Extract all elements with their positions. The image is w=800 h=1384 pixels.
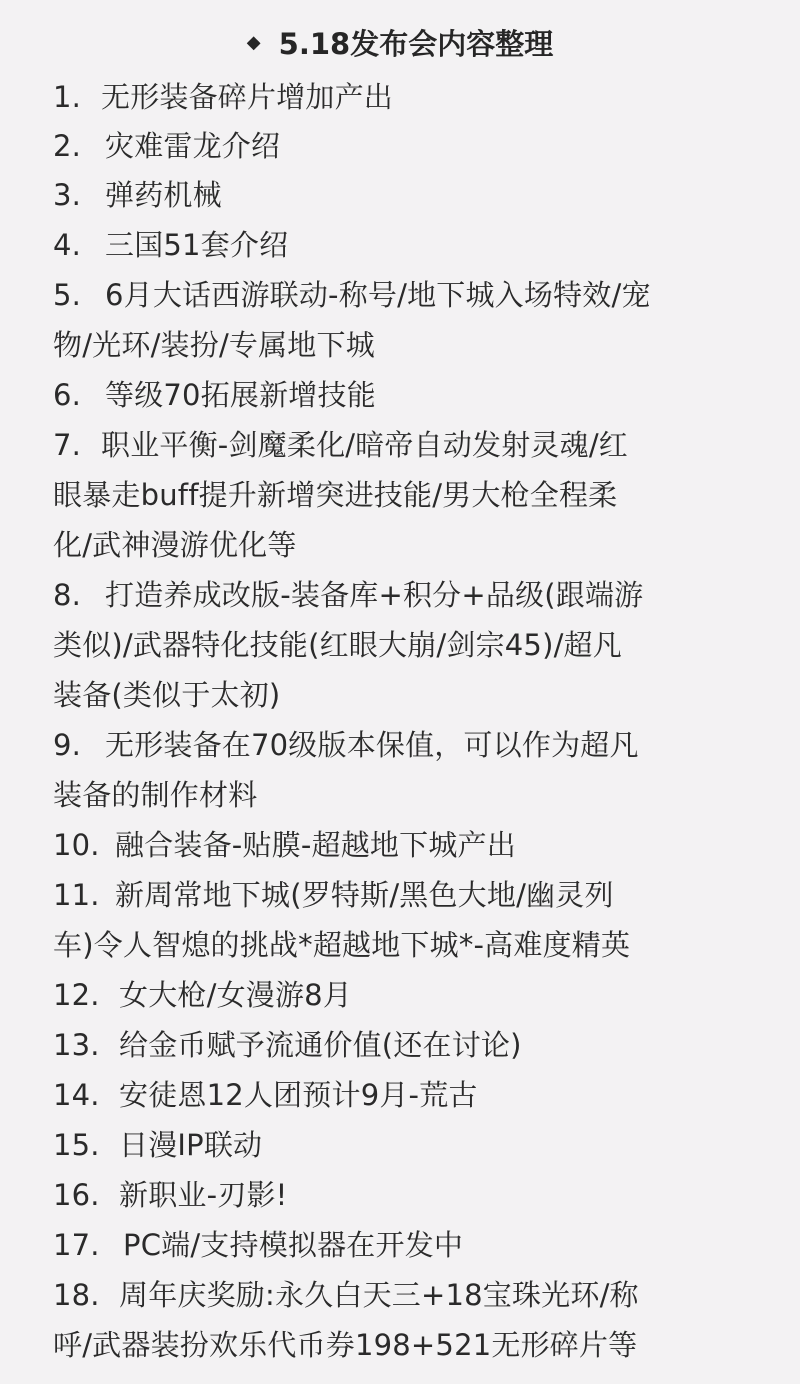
list-item: 4.三国51套介绍 (53, 220, 288, 270)
list-item-continuation: 呼/武器装扮欢乐代币券198+521无形碎片等 (53, 1320, 637, 1370)
item-text: 装备的制作材料 (53, 778, 257, 812)
list-item-continuation: 眼暴走buff提升新增突进技能/男大枪全程柔 (53, 470, 617, 520)
list-item: 3.弹药机械 (53, 170, 222, 220)
page-title: ◆5.18发布会内容整理 (0, 22, 800, 68)
item-text: 职业平衡-剑魔柔化/暗帝自动发射灵魂/红 (101, 428, 628, 462)
list-item: 9.无形装备在70级版本保值，可以作为超凡 (53, 720, 639, 770)
item-text: 弹药机械 (105, 178, 222, 212)
list-item: 6.等级70拓展新增技能 (53, 370, 376, 420)
list-item: 16.新职业-刃影! (53, 1170, 288, 1220)
list-item: 15.日漫IP联动 (53, 1120, 262, 1170)
item-number: 12. (53, 970, 119, 1020)
list-item: 18.周年庆奖励:永久白天三+18宝珠光环/称 (53, 1270, 639, 1320)
item-number: 11. (53, 870, 115, 920)
item-text: 新周常地下城(罗特斯/黑色大地/幽灵列 (115, 878, 614, 912)
item-text: 周年庆奖励:永久白天三+18宝珠光环/称 (119, 1278, 639, 1312)
list-item: 12.女大枪/女漫游8月 (53, 970, 352, 1020)
item-text: 无形装备在70级版本保值，可以作为超凡 (105, 728, 639, 762)
item-text: 等级70拓展新增技能 (105, 378, 376, 412)
item-number: 8. (53, 570, 105, 620)
item-text: 无形装备碎片增加产出 (101, 80, 393, 114)
item-text: 呼/武器装扮欢乐代币券198+521无形碎片等 (53, 1328, 637, 1362)
item-number: 15. (53, 1120, 119, 1170)
list-item: 11.新周常地下城(罗特斯/黑色大地/幽灵列 (53, 870, 614, 920)
item-number: 14. (53, 1070, 119, 1120)
list-item: 5.6月大话西游联动-称号/地下城入场特效/宠 (53, 270, 651, 320)
item-number: 2. (53, 121, 105, 171)
item-text: 日漫IP联动 (119, 1128, 262, 1162)
item-text: 给金币赋予流通价值(还在讨论) (119, 1028, 522, 1062)
item-text: 装备(类似于太初) (53, 678, 280, 712)
item-text: 灾难雷龙介绍 (105, 129, 280, 163)
item-text: 6月大话西游联动-称号/地下城入场特效/宠 (105, 278, 651, 312)
item-number: 5. (53, 270, 105, 320)
item-text: 化/武神漫游优化等 (53, 528, 297, 562)
item-number: 17. (53, 1220, 123, 1270)
title-text: 5.18发布会内容整理 (279, 27, 554, 61)
item-number: 16. (53, 1170, 119, 1220)
list-item-continuation: 物/光环/装扮/专属地下城 (53, 320, 375, 370)
list-item-continuation: 装备的制作材料 (53, 770, 257, 820)
list-item-continuation: 装备(类似于太初) (53, 670, 280, 720)
list-item: 1.无形装备碎片增加产出 (53, 72, 393, 122)
diamond-bullet-icon: ◆ (247, 21, 261, 65)
item-text: PC端/支持模拟器在开发中 (123, 1228, 463, 1262)
list-item: 2.灾难雷龙介绍 (53, 121, 280, 171)
item-text: 女大枪/女漫游8月 (119, 978, 352, 1012)
item-text: 融合装备-贴膜-超越地下城产出 (115, 828, 516, 862)
item-text: 类似)/武器特化技能(红眼大崩/剑宗45)/超凡 (53, 628, 622, 662)
list-item-continuation: 车)令人智熄的挑战*超越地下城*-高难度精英 (53, 920, 630, 970)
list-item-continuation: 类似)/武器特化技能(红眼大崩/剑宗45)/超凡 (53, 620, 622, 670)
item-number: 1. (53, 72, 101, 122)
item-number: 7. (53, 420, 101, 470)
item-number: 9. (53, 720, 105, 770)
item-text: 车)令人智熄的挑战*超越地下城*-高难度精英 (53, 928, 630, 962)
item-number: 4. (53, 220, 105, 270)
item-text: 打造养成改版-装备库+积分+品级(跟端游 (105, 578, 643, 612)
list-item: 17.PC端/支持模拟器在开发中 (53, 1220, 463, 1270)
item-number: 10. (53, 820, 115, 870)
list-item: 10.融合装备-贴膜-超越地下城产出 (53, 820, 516, 870)
item-text: 三国51套介绍 (105, 228, 288, 262)
item-text: 物/光环/装扮/专属地下城 (53, 328, 375, 362)
item-number: 13. (53, 1020, 119, 1070)
list-item: 13.给金币赋予流通价值(还在讨论) (53, 1020, 522, 1070)
list-item: 14.安徒恩12人团预计9月-荒古 (53, 1070, 478, 1120)
list-item: 8.打造养成改版-装备库+积分+品级(跟端游 (53, 570, 643, 620)
item-text: 安徒恩12人团预计9月-荒古 (119, 1078, 478, 1112)
item-number: 6. (53, 370, 105, 420)
item-text: 眼暴走buff提升新增突进技能/男大枪全程柔 (53, 478, 617, 512)
item-number: 3. (53, 170, 105, 220)
list-item: 7.职业平衡-剑魔柔化/暗帝自动发射灵魂/红 (53, 420, 628, 470)
document: ◆5.18发布会内容整理 1.无形装备碎片增加产出2.灾难雷龙介绍3.弹药机械4… (0, 0, 800, 1384)
list-item-continuation: 化/武神漫游优化等 (53, 520, 297, 570)
item-text: 新职业-刃影! (119, 1178, 288, 1212)
item-number: 18. (53, 1270, 119, 1320)
